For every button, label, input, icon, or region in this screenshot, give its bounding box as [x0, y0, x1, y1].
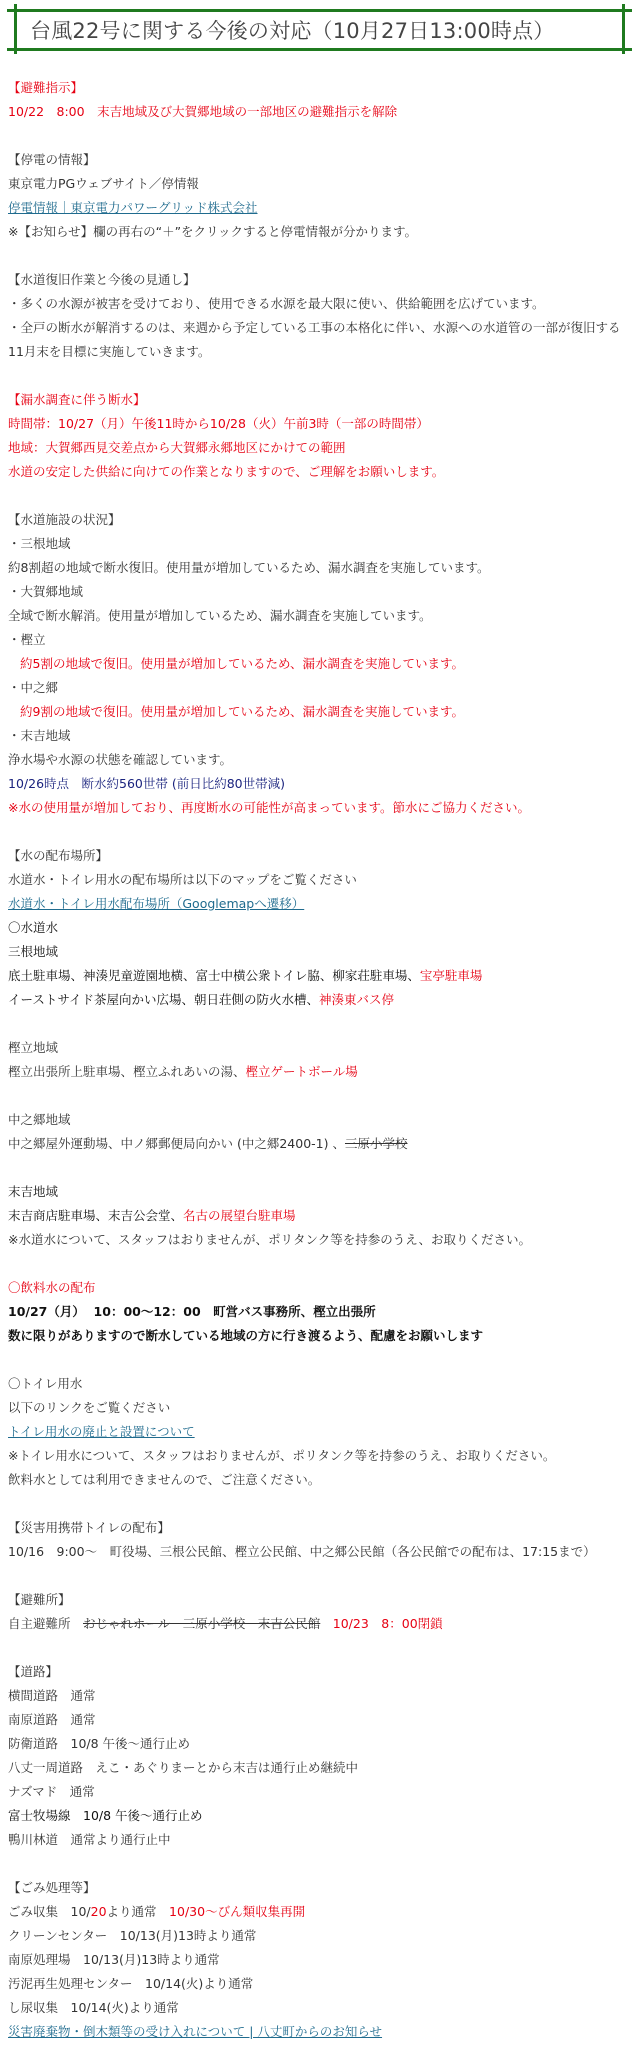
power-source: 東京電力PGウェブサイト／停情報 — [8, 172, 631, 196]
closed-shelters: おじゃれホール 三原小学校 末吉公民館 — [83, 1616, 320, 1631]
shelter-heading: 【避難所】 — [8, 1588, 631, 1612]
power-outage-link[interactable]: 停電情報｜東京電力パワーグリッド株式会社 — [8, 200, 258, 215]
road-status: 八丈一周道路 えこ・あぐりまーとから末吉は通行止め継続中 — [8, 1756, 631, 1780]
garbage-status: 汚泥再生処理センター 10/14(火)より通常 — [8, 1972, 631, 1996]
frame-line-left — [14, 4, 17, 54]
shelter-label: 自主避難所 — [8, 1616, 83, 1631]
spacer — [8, 1852, 631, 1876]
spacer — [8, 1348, 631, 1372]
facility-area-status: 全域で断水解消。使用量が増加しているため、漏水調査を実施しています。 — [8, 604, 631, 628]
page: 台風22号に関する今後の対応（10月27日13:00時点） 【避難指示】 10/… — [0, 0, 639, 2052]
mitsune-locations-1: 底土駐車場、神湊児童遊園地横、富士中横公衆トイレ脇、柳家荘駐車場、宝亭駐車場 — [8, 964, 631, 988]
garbage-date-red: 20 — [91, 1904, 107, 1919]
shelter-closed-note: 10/23 8：00閉鎖 — [320, 1616, 442, 1631]
evacuation-order-heading: 【避難指示】 — [8, 76, 631, 100]
mitsune-area-name: 三根地域 — [8, 940, 631, 964]
conservation-warning: ※水の使用量が増加しており、再度断水の可能性が高まっています。節水にご協力くださ… — [8, 796, 631, 820]
power-note: ※【お知らせ】欄の再右の“＋”をクリックすると停電情報が分かります。 — [8, 220, 631, 244]
nakanogo-locations: 中之郷屋外運動場、中ノ郷郵便局向かい (中之郷2400-1) 、三原小学校 — [8, 1132, 631, 1156]
drinking-water-note: 数に限りがありますので断水している地域の方に行き渡るよう、配慮をお願いします — [8, 1324, 631, 1348]
garbage-status: クリーンセンター 10/13(月)13時より通常 — [8, 1924, 631, 1948]
spacer — [8, 364, 631, 388]
facility-area-name: ・三根地域 — [8, 532, 631, 556]
sueyoshi-area-name: 末吉地域 — [8, 1180, 631, 1204]
portable-toilet-line: 10/16 9:00～ 町役場、三根公民館、樫立公民館、中之郷公民館（各公民館で… — [8, 1540, 631, 1564]
spacer — [8, 124, 631, 148]
drinking-water-heading: 〇飲料水の配布 — [8, 1276, 631, 1300]
frame-line-top — [7, 9, 632, 12]
locations-new-text: 名古の展望台駐車場 — [183, 1208, 296, 1223]
locations-new-text: 宝亭駐車場 — [420, 968, 483, 983]
water-recovery-heading: 【水道復旧作業と今後の見通し】 — [8, 268, 631, 292]
toilet-water-link[interactable]: トイレ用水の廃止と設置について — [8, 1424, 195, 1439]
toilet-water-note: 飲料水としては利用できませんので、ご注意ください。 — [8, 1468, 631, 1492]
spacer — [8, 484, 631, 508]
frame-line-right — [622, 4, 625, 54]
toilet-water-heading: 〇トイレ用水 — [8, 1372, 631, 1396]
road-status: 防衛道路 10/8 午後～通行止め — [8, 1732, 631, 1756]
drinking-water-schedule: 10/27（月） 10：00～12：00 町営バス事務所、樫立出張所 — [8, 1300, 631, 1324]
spacer — [8, 1012, 631, 1036]
spacer — [8, 1084, 631, 1108]
page-title-frame: 台風22号に関する今後の対応（10月27日13:00時点） — [0, 0, 639, 62]
toilet-water-intro: 以下のリンクをご覧ください — [8, 1396, 631, 1420]
frame-line-bottom — [7, 48, 632, 51]
road-status: 南原道路 通常 — [8, 1708, 631, 1732]
shelter-line: 自主避難所 おじゃれホール 三原小学校 末吉公民館 10/23 8：00閉鎖 — [8, 1612, 631, 1636]
facility-area-name: ・樫立 — [8, 628, 631, 652]
leak-survey-time: 時間帯：10/27（月）午後11時から10/28（火）午前3時（一部の時間帯） — [8, 412, 631, 436]
road-status: 鴨川林道 通常より通行止中 — [8, 1828, 631, 1852]
tap-water-note: ※水道水について、スタッフはおりませんが、ポリタンク等を持参のうえ、お取りくださ… — [8, 1228, 631, 1252]
spacer — [8, 1492, 631, 1516]
spacer — [8, 1156, 631, 1180]
spacer — [8, 1564, 631, 1588]
distribution-heading: 【水の配布場所】 — [8, 844, 631, 868]
content: 【避難指示】 10/22 8:00 末吉地域及び大賀郷地域の一部地区の避難指示を… — [0, 62, 639, 2052]
locations-text: イーストサイド茶屋向かい広場、朝日荘側の防火水槽、 — [8, 992, 319, 1007]
evacuation-order-line: 10/22 8:00 末吉地域及び大賀郷地域の一部地区の避難指示を解除 — [8, 100, 631, 124]
facility-area-status: 浄水場や水源の状態を確認しています。 — [8, 748, 631, 772]
locations-text: 中之郷屋外運動場、中ノ郷郵便局向かい (中之郷2400-1) 、 — [8, 1136, 345, 1151]
facility-area-status: 約5割の地域で復旧。使用量が増加しているため、漏水調査を実施しています。 — [8, 652, 631, 676]
garbage-text: より通常 — [107, 1904, 170, 1919]
locations-new-text: 樫立ゲートボール場 — [246, 1064, 358, 1079]
nakanogo-area-name: 中之郷地域 — [8, 1108, 631, 1132]
toilet-water-note: ※トイレ用水について、スタッフはおりませんが、ポリタンク等を持参のうえ、お取りく… — [8, 1444, 631, 1468]
facility-area-status: 約8割超の地域で断水復旧。使用量が増加しているため、漏水調査を実施しています。 — [8, 556, 631, 580]
disaster-waste-link[interactable]: 災害廃棄物・倒木類等の受け入れについて | 八丈町からのお知らせ — [8, 2024, 382, 2039]
kashitate-locations: 樫立出張所上駐車場、樫立ふれあいの湯、樫立ゲートボール場 — [8, 1060, 631, 1084]
facilities-heading: 【水道施設の状況】 — [8, 508, 631, 532]
garbage-text: ごみ収集 10/ — [8, 1904, 91, 1919]
locations-text: 末吉商店駐車場、末吉公会堂、 — [8, 1208, 183, 1223]
facility-area-name: ・大賀郷地域 — [8, 580, 631, 604]
facility-area-name: ・末吉地域 — [8, 724, 631, 748]
page-title: 台風22号に関する今後の対応（10月27日13:00時点） — [30, 15, 554, 45]
outage-count: 10/26時点 断水約560世帯 (前日比約80世帯減) — [8, 772, 631, 796]
mitsune-locations-2: イーストサイド茶屋向かい広場、朝日荘側の防火水槽、神湊東バス停 — [8, 988, 631, 1012]
locations-text: 樫立出張所上駐車場、樫立ふれあいの湯、 — [8, 1064, 246, 1079]
sueyoshi-locations: 末吉商店駐車場、末吉公会堂、名古の展望台駐車場 — [8, 1204, 631, 1228]
spacer — [8, 820, 631, 844]
garbage-collection: ごみ収集 10/20より通常 10/30～びん類収集再開 — [8, 1900, 631, 1924]
distribution-intro: 水道水・トイレ用水の配布場所は以下のマップをご覧ください — [8, 868, 631, 892]
portable-toilet-heading: 【災害用携帯トイレの配布】 — [8, 1516, 631, 1540]
garbage-status: 南原処理場 10/13(月)13時より通常 — [8, 1948, 631, 1972]
facility-area-name: ・中之郷 — [8, 676, 631, 700]
leak-survey-heading: 【漏水調査に伴う断水】 — [8, 388, 631, 412]
roads-heading: 【道路】 — [8, 1660, 631, 1684]
tap-water-heading: 〇水道水 — [8, 916, 631, 940]
road-status: ナズマド 通常 — [8, 1780, 631, 1804]
water-recovery-line: ・全戸の断水が解消するのは、来週から予定している工事の本格化に伴い、水源への水道… — [8, 316, 631, 364]
locations-text: 底土駐車場、神湊児童遊園地横、富士中横公衆トイレ脇、柳家荘駐車場、 — [8, 968, 420, 983]
locations-removed-text: 三原小学校 — [345, 1136, 408, 1151]
distribution-map-link[interactable]: 水道水・トイレ用水配布場所（Googlemapへ遷移） — [8, 896, 304, 911]
locations-new-text: 神湊東バス停 — [319, 992, 394, 1007]
spacer — [8, 1252, 631, 1276]
power-heading: 【停電の情報】 — [8, 148, 631, 172]
water-recovery-line: ・多くの水源が被害を受けており、使用できる水源を最大限に使い、供給範囲を広げてい… — [8, 292, 631, 316]
garbage-status: し尿収集 10/14(火)より通常 — [8, 1996, 631, 2020]
leak-survey-area: 地域：大賀郷西見交差点から大賀郷永郷地区にかけての範囲 — [8, 436, 631, 460]
spacer — [8, 1636, 631, 1660]
leak-survey-note: 水道の安定した供給に向けての作業となりますので、ご理解をお願いします。 — [8, 460, 631, 484]
bottle-collection-resume: 10/30～びん類収集再開 — [169, 1904, 305, 1919]
road-status: 富士牧場線 10/8 午後～通行止め — [8, 1804, 631, 1828]
kashitate-area-name: 樫立地域 — [8, 1036, 631, 1060]
road-status: 横間道路 通常 — [8, 1684, 631, 1708]
facility-area-status: 約9割の地域で復旧。使用量が増加しているため、漏水調査を実施しています。 — [8, 700, 631, 724]
spacer — [8, 244, 631, 268]
garbage-heading: 【ごみ処理等】 — [8, 1876, 631, 1900]
